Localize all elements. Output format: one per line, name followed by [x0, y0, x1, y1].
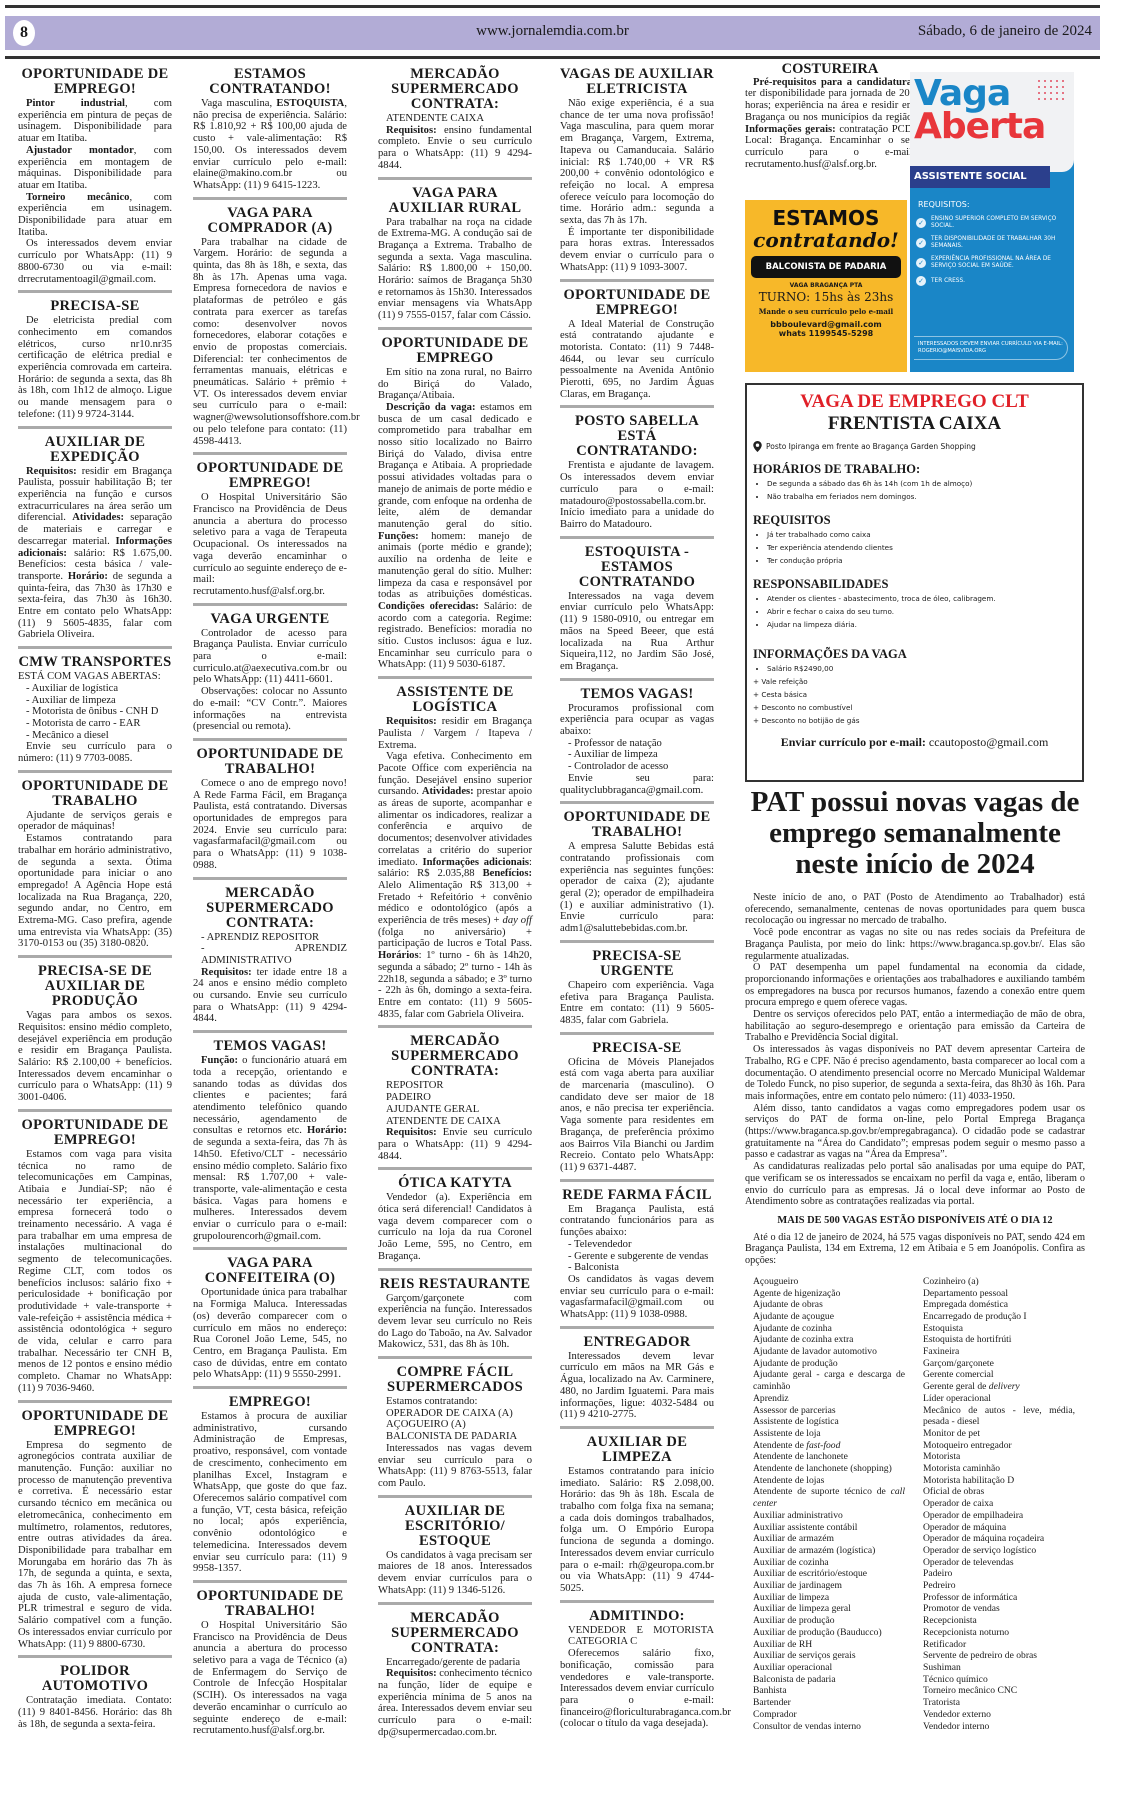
job-item: Operador de empilhadeira: [915, 1510, 1085, 1522]
job-openings-list: AçougueiroAgente de higenizaçãoAjudante …: [745, 1276, 1085, 1732]
assistente-social-ad: Vaga Aberta ASSISTENTE SOCIAL REQUISITOS…: [910, 72, 1074, 372]
ad-title: OPORTUNIDADE DE EMPREGO!: [18, 1409, 172, 1439]
ad-paragraph: Em sítio na zona rural, no Bairro do Bir…: [378, 367, 532, 402]
job-item: Motorista caminhão: [915, 1463, 1085, 1475]
job-item: Assessor de parcerias: [745, 1405, 915, 1417]
padaria-ad: ESTAMOS contratando! BALCONISTA DE PADAR…: [745, 200, 907, 372]
ad-paragraph: Torneiro mecânico, com experiência em us…: [18, 192, 172, 239]
classified-ad: VAGA URGENTEControlador de acesso para B…: [193, 612, 347, 741]
ad-title: VAGA URGENTE: [193, 612, 347, 627]
job-item: Motorista: [915, 1451, 1085, 1463]
ad-list-item: - Televendedor: [568, 1239, 714, 1251]
ad-title: VAGA DE EMPREGO CLT: [753, 391, 1076, 413]
ad-title: COMPRE FÁCIL SUPERMERCADOS: [378, 1365, 532, 1395]
job-item: Mecânico de autos - leve, média, pesada …: [915, 1405, 1085, 1428]
requirements-title: REQUISITOS:: [918, 200, 970, 209]
classified-ad: AUXILIAR DE EXPEDIÇÃORequisitos: residir…: [18, 435, 172, 650]
job-item: Vendedor interno: [915, 1721, 1085, 1733]
salary-line: Salário R$2490,00: [753, 662, 1076, 675]
list-item: Já ter trabalhado como caixa: [767, 528, 1076, 541]
job-item: Aprendiz: [745, 1393, 915, 1405]
ad-title: OPORTUNIDADE DE EMPREGO!: [18, 1118, 172, 1148]
classified-ad: OPORTUNIDADE DE EMPREGOEm sítio na zona …: [378, 336, 532, 679]
job-item: Padeiro: [915, 1568, 1085, 1580]
ad-title-aberta: Aberta: [914, 110, 1045, 144]
ad-title: ESTAMOS CONTRATANDO!: [193, 67, 347, 97]
classified-ad: COMPRE FÁCIL SUPERMERCADOSEstamos contra…: [378, 1365, 532, 1498]
job-item: Auxiliar administrativo: [745, 1510, 915, 1522]
ad-role-badge: BALCONISTA DE PADARIA: [751, 256, 901, 278]
job-item: Líder operacional: [915, 1393, 1085, 1405]
ad-paragraph: Vendedor (a). Experiência em ótica será …: [378, 1192, 532, 1262]
ad-title: ESTOQUISTA - ESTAMOS CONTRATANDO: [560, 545, 714, 590]
ad-title: AUXILIAR DE EXPEDIÇÃO: [18, 435, 172, 465]
job-item: Sushiman: [915, 1662, 1085, 1674]
ad-list-item: ATENDENTE CAIXA: [386, 113, 532, 125]
classified-ad: MERCADÃO SUPERMERCADO CONTRATA:ATENDENTE…: [378, 67, 532, 180]
classified-ad: AUXILIAR DE LIMPEZAEstamos contratando p…: [560, 1435, 714, 1603]
job-item: Estoquista de hortifrúti: [915, 1334, 1085, 1346]
top-rule: [5, 5, 1100, 8]
ad-subtitle: ESTÁ COM VAGAS ABERTAS:: [18, 671, 172, 683]
requirement-item: ✓TER DISPONIBILIDADE DE TRABALHAR 30H SE…: [916, 236, 1066, 250]
job-item: Operador de televendas: [915, 1557, 1085, 1569]
ad-title: OPORTUNIDADE DE EMPREGO!: [193, 461, 347, 491]
ad-title: VAGA PARA CONFEITEIRA (O): [193, 1256, 347, 1286]
ad-list-item: ATENDENTE DE CAIXA: [386, 1116, 532, 1128]
ad-paragraph: Em Bragança Paulista, está contratando f…: [560, 1204, 714, 1239]
ad-list-item: - Motorista de carro - EAR: [26, 718, 172, 730]
list-item: Atender os clientes - abastecimento, tro…: [767, 592, 1076, 605]
list-item: Desconto no combustível: [753, 701, 1076, 714]
ad-list-item: - Controlador de acesso: [568, 761, 714, 773]
ad-paragraph: Ajustador montador, com experiência em m…: [18, 145, 172, 192]
ad-paragraph: Estamos à procura de auxiliar administra…: [193, 1411, 347, 1575]
ad-title: REIS RESTAURANTE: [378, 1277, 532, 1292]
ad-list: REPOSITORPADEIROAJUDANTE GERALATENDENTE …: [378, 1080, 532, 1127]
job-item: Recepcionista: [915, 1615, 1085, 1627]
ad-title: VAGA PARA COMPRADOR (A): [193, 206, 347, 236]
classified-ad: REIS RESTAURANTEGarçom/garçonete com exp…: [378, 1277, 532, 1360]
job-item: Professor de informática: [915, 1592, 1085, 1604]
ad-list: - Auxiliar de logística- Auxiliar de lim…: [18, 683, 172, 742]
job-item: Servente de pedreiro de obras: [915, 1650, 1085, 1662]
ad-paragraph: Os candidatos à vaga precisam ser maiore…: [378, 1550, 532, 1597]
classified-ad: PRECISA-SEOficina de Móveis Planejados e…: [560, 1041, 714, 1182]
check-icon: ✓: [916, 276, 926, 286]
ad-paragraph: Para trabalhar na cidade de Vargem. Horá…: [193, 237, 347, 448]
list-item: Cesta básica: [753, 688, 1076, 701]
classified-ad: MERCADÃO SUPERMERCADO CONTRATA:REPOSITOR…: [378, 1034, 532, 1170]
ad-paragraph: Estamos contratando para trabalhar em ho…: [18, 833, 172, 950]
ad-list: - Professor de natação- Auxiliar de limp…: [560, 738, 714, 773]
ad-paragraph: Função: o funcionário atuará em toda a r…: [193, 1055, 347, 1242]
job-item: Técnico químico: [915, 1674, 1085, 1686]
job-item: Monitor de pet: [915, 1428, 1085, 1440]
ad-paragraph: Estamos com vaga para visita técnica no …: [18, 1149, 172, 1395]
ad-title: TEMOS VAGAS!: [560, 687, 714, 702]
job-item: Operador de serviço logístico: [915, 1545, 1085, 1557]
job-item: Agente de higenização: [745, 1288, 915, 1300]
requirements-list: ✓ENSINO SUPERIOR COMPLETO EM SERVIÇO SOC…: [916, 216, 1066, 292]
section-heading: REQUISITOS: [753, 513, 1076, 528]
classified-ad: EMPREGO!Estamos à procura de auxiliar ad…: [193, 1395, 347, 1583]
ad-title: MERCADÃO SUPERMERCADO CONTRATA:: [193, 886, 347, 931]
ad-paragraph: Empresa do segmento de agronegócios cont…: [18, 1440, 172, 1651]
ad-list-item: - Professor de natação: [568, 738, 714, 750]
article-paragraph: Você pode encontrar as vagas no site ou …: [745, 927, 1085, 962]
job-item: Pedreiro: [915, 1580, 1085, 1592]
ad-title: PRECISA-SE: [18, 299, 172, 314]
ad-role: FRENTISTA CAIXA: [753, 413, 1076, 435]
requirement-item: ✓TER CRESS.: [916, 276, 1066, 286]
ad-paragraph: Oferecemos salário fixo, bonificação, co…: [560, 1648, 714, 1730]
horarios-list: De segunda a sábado das 6h às 14h (com 1…: [753, 477, 1076, 503]
classified-ad: TEMOS VAGAS!Função: o funcionário atuará…: [193, 1039, 347, 1250]
column-2: ESTAMOS CONTRATANDO!Vaga masculina, ESTO…: [193, 64, 347, 1748]
ad-list: VENDEDOR E MOTORISTA CATEGORIA C: [560, 1625, 714, 1648]
ad-paragraph: Vaga masculina, ESTOQUISTA, não precisa …: [193, 98, 347, 192]
ad-list-item: REPOSITOR: [386, 1080, 532, 1092]
ad-paragraph: Requisitos: ensino fundamental completo.…: [378, 125, 532, 172]
ad-list-item: - Auxiliar de logística: [26, 683, 172, 695]
ad-paragraph: Interessados na vaga devem enviar curríc…: [560, 591, 714, 673]
ad-title: PRECISA-SE URGENTE: [560, 949, 714, 979]
job-item: Atendente de lojas: [745, 1475, 915, 1487]
job-item: Auxiliar de produção (Bauducco): [745, 1627, 915, 1639]
classified-ad: MERCADÃO SUPERMERCADO CONTRATA:- APRENDI…: [193, 886, 347, 1034]
classified-ad: PRECISA-SE URGENTEChapeiro com experiênc…: [560, 949, 714, 1035]
job-item: Banhista: [745, 1685, 915, 1697]
job-item: Assistente de loja: [745, 1428, 915, 1440]
job-item: Auxiliar de limpeza geral: [745, 1603, 915, 1615]
job-item: Faxineira: [915, 1346, 1085, 1358]
ad-title: TEMOS VAGAS!: [193, 1039, 347, 1054]
ad-title: POLIDOR AUTOMOTIVO: [18, 1664, 172, 1694]
job-item: Auxiliar de limpeza: [745, 1592, 915, 1604]
section-heading: HORÁRIOS DE TRABALHO:: [753, 462, 1076, 477]
section-heading: RESPONSABILIDADES: [753, 577, 1076, 592]
frentista-ad: VAGA DE EMPREGO CLT FRENTISTA CAIXA Post…: [745, 383, 1084, 782]
ad-title: EMPREGO!: [193, 1395, 347, 1410]
ad-list-item: VENDEDOR E MOTORISTA CATEGORIA C: [568, 1625, 714, 1648]
list-item: Ter condução própria: [767, 554, 1076, 567]
list-item: Não trabalha em feriados nem domingos.: [767, 490, 1076, 503]
ad-list-item: OPERADOR DE CAIXA (A): [386, 1408, 532, 1420]
classified-ad: AUXILIAR DE ESCRITÓRIO/ ESTOQUEOs candid…: [378, 1504, 532, 1605]
column-1: OPORTUNIDADE DE EMPREGO!Pintor industria…: [18, 64, 172, 1741]
section-heading: INFORMAÇÕES DA VAGA: [753, 647, 1076, 662]
list-item: Ter experiência atendendo clientes: [767, 541, 1076, 554]
classified-ad: PRECISA-SEDe eletricista predial com con…: [18, 299, 172, 428]
job-item: Ajudante de obras: [745, 1299, 915, 1311]
ad-paragraph: Envie seu currículo para o número: (11) …: [18, 741, 172, 764]
issue-date: Sábado, 6 de janeiro de 2024: [918, 23, 1092, 40]
job-item: Garçom/garçonete: [915, 1358, 1085, 1370]
ad-list-item: - APRENDIZ REPOSITOR: [201, 932, 347, 944]
classified-ad: ADMITINDO:VENDEDOR E MOTORISTA CATEGORIA…: [560, 1609, 714, 1735]
ad-headline: ESTAMOS: [745, 206, 907, 230]
check-icon: ✓: [916, 238, 926, 248]
ad-title: OPORTUNIDADE DE TRABALHO: [18, 779, 172, 809]
ad-title: ENTREGADOR: [560, 1335, 714, 1350]
ad-list-item: - Balconista: [568, 1262, 714, 1274]
ad-list-item: - Gerente e subgerente de vendas: [568, 1251, 714, 1263]
ad-paragraph: Contratação imediata. Contato: (11) 9 84…: [18, 1695, 172, 1730]
classified-ad: OPORTUNIDADE DE EMPREGO!O Hospital Unive…: [193, 461, 347, 605]
benefits-list: Vale refeiçãoCesta básicaDesconto no com…: [753, 675, 1076, 727]
ad-paragraph: Os interessados devem enviar currículo p…: [18, 238, 172, 285]
article-paragraph: Neste início de ano, o PAT (Posto de Ate…: [745, 892, 1085, 927]
column-3: MERCADÃO SUPERMERCADO CONTRATA:ATENDENTE…: [378, 64, 532, 1749]
ad-title: OPORTUNIDADE DE TRABALHO!: [193, 747, 347, 777]
job-item: Cozinheiro (a): [915, 1276, 1085, 1288]
ad-title: ADMITINDO:: [560, 1609, 714, 1624]
job-item: Ajudante de lavador automotivo: [745, 1346, 915, 1358]
article-paragraph: Dentre os serviços oferecidos pelo PAT, …: [745, 1009, 1085, 1044]
check-icon: ✓: [916, 218, 926, 228]
classified-ad: VAGA PARA CONFEITEIRA (O)Oportunidade ún…: [193, 1256, 347, 1389]
classified-ad: ESTAMOS CONTRATANDO!Vaga masculina, ESTO…: [193, 67, 347, 200]
job-item: Ajudante de cozinha: [745, 1323, 915, 1335]
job-item: Gerente comercial: [915, 1369, 1085, 1381]
ad-paragraph: É importante ter disponibilidade para ho…: [560, 227, 714, 274]
list-item: Desconto no botijão de gás: [753, 714, 1076, 727]
ad-list: ATENDENTE CAIXA: [378, 113, 532, 125]
ad-list: Encarregado/gerente de padaria: [378, 1657, 532, 1669]
job-item: Auxiliar de RH: [745, 1639, 915, 1651]
classified-ad: ÓTICA KATYTAVendedor (a). Experiência em…: [378, 1176, 532, 1270]
ad-paragraph: Comece o ano de emprego novo! A Rede Far…: [193, 778, 347, 872]
check-icon: ✓: [916, 258, 926, 268]
classified-ad: OPORTUNIDADE DE EMPREGO!Pintor industria…: [18, 67, 172, 293]
job-item: Ajudante de produção: [745, 1358, 915, 1370]
ad-paragraph: Requisitos: residir em Bragança Paulista…: [378, 716, 532, 751]
ad-title: MERCADÃO SUPERMERCADO CONTRATA:: [378, 1034, 532, 1079]
map-pin-icon: [753, 441, 762, 452]
job-list-right: Cozinheiro (a)Departamento pessoalEmpreg…: [915, 1276, 1085, 1732]
ad-email[interactable]: bbboulevard@gmail.com: [745, 320, 907, 329]
ad-subheadline: contratando!: [745, 228, 907, 252]
ad-paragraph: Interessados nas vagas devem enviar seu …: [378, 1443, 532, 1490]
ad-paragraph: Frentista e ajudante de lavagem. Os inte…: [560, 460, 714, 530]
ad-list-item: - Motorista de ônibus - CNH D: [26, 706, 172, 718]
ad-title: ASSISTENTE DE LOGÍSTICA: [378, 685, 532, 715]
ad-title: MERCADÃO SUPERMERCADO CONTRATA:: [378, 67, 532, 112]
contact-email[interactable]: ccautoposto@gmail.com: [929, 735, 1048, 749]
ad-paragraph: Os candidatos às vagas devem enviar seu …: [560, 1274, 714, 1321]
job-item: Auxiliar de armazém: [745, 1533, 915, 1545]
ad-list-item: AJUDANTE GERAL: [386, 1104, 532, 1116]
job-item: Atendente de lanchonete: [745, 1451, 915, 1463]
job-item: Consultor de vendas interno: [745, 1721, 915, 1733]
ad-title: PRECISA-SE: [560, 1041, 714, 1056]
ad-title: OPORTUNIDADE DE TRABALHO!: [193, 1589, 347, 1619]
job-item: Retificador: [915, 1639, 1085, 1651]
job-item: Auxiliar de produção: [745, 1615, 915, 1627]
job-item: Auxiliar de jardinagem: [745, 1580, 915, 1592]
ad-title: REDE FARMA FÁCIL: [560, 1188, 714, 1203]
ad-list-item: PADEIRO: [386, 1092, 532, 1104]
ad-paragraph: Pintor industrial, com experiência em pi…: [18, 98, 172, 145]
ad-paragraph: Requisitos: Envie seu currículo para o W…: [378, 1127, 532, 1162]
job-item: Ajudante de açougue: [745, 1311, 915, 1323]
ad-title: VAGAS DE AUXILIAR ELETRICISTA: [560, 67, 714, 97]
ad-footer: INTERESSADOS DEVEM ENVIAR CURRÍCULO VIA …: [914, 336, 1068, 360]
article-paragraph: As candidaturas realizadas pelo portal s…: [745, 1161, 1085, 1208]
job-item: Gerente geral de delivery: [915, 1381, 1085, 1393]
ad-title: PRECISA-SE DE AUXILIAR DE PRODUÇÃO: [18, 964, 172, 1009]
ad-paragraph: Garçom/garçonete com experiência na funç…: [378, 1293, 532, 1352]
ad-paragraph: Estamos contratando para início imediato…: [560, 1466, 714, 1595]
ad-paragraph: Controlador de acesso para Bragança Paul…: [193, 628, 347, 687]
dot-pattern-icon: [1036, 78, 1066, 104]
article-paragraph: Até o dia 12 de janeiro de 2024, há 575 …: [745, 1232, 1085, 1267]
classified-ad: CMW TRANSPORTESESTÁ COM VAGAS ABERTAS:- …: [18, 655, 172, 773]
classified-ad: PRECISA-SE DE AUXILIAR DE PRODUÇÃOVagas …: [18, 964, 172, 1112]
ad-send-label: Mande o seu currículo pelo e-mail: [745, 308, 907, 316]
ad-paragraph: Observações: colocar no Assunto do e-mai…: [193, 686, 347, 733]
ad-paragraph: Requisitos: ter idade entre 18 a 24 anos…: [193, 967, 347, 1026]
ad-header-panel: Vaga Aberta: [910, 72, 1074, 172]
ad-title: OPORTUNIDADE DE EMPREGO: [378, 336, 532, 366]
ad-list: - Televendedor- Gerente e subgerente de …: [560, 1239, 714, 1274]
classified-ad: OPORTUNIDADE DE EMPREGO!Estamos com vaga…: [18, 1118, 172, 1403]
classified-ad: ASSISTENTE DE LOGÍSTICARequisitos: resid…: [378, 685, 532, 1028]
job-item: Balconista de padaria: [745, 1674, 915, 1686]
classified-ad: TEMOS VAGAS!Procuramos profissional com …: [560, 687, 714, 805]
job-item: Departamento pessoal: [915, 1288, 1085, 1300]
ad-title: OPORTUNIDADE DE EMPREGO!: [560, 288, 714, 318]
requirement-item: ✓ENSINO SUPERIOR COMPLETO EM SERVIÇO SOC…: [916, 216, 1066, 230]
ad-paragraph: Envie seu para: qualityclubbraganca@gmai…: [560, 773, 714, 796]
classified-ad: OPORTUNIDADE DE EMPREGO!A Ideal Material…: [560, 288, 714, 409]
article-paragraph: Além disso, tanto candidatos a vagas com…: [745, 1103, 1085, 1162]
job-item: Ajudante geral - carga e descarga de cam…: [745, 1369, 915, 1392]
pat-article: PAT possui novas vagas de emprego semana…: [745, 787, 1085, 1732]
ad-paragraph: Requisitos: conhecimento técnico na funç…: [378, 1668, 532, 1738]
job-item: Bartender: [745, 1697, 915, 1709]
ad-paragraph: Vagas para ambos os sexos. Requisitos: e…: [18, 1010, 172, 1104]
job-item: Operador de caixa: [915, 1498, 1085, 1510]
ad-whatsapp: whats 1199545-5298: [745, 329, 907, 338]
classified-ad: REDE FARMA FÁCILEm Bragança Paulista, es…: [560, 1188, 714, 1329]
job-item: Ajudante de cozinha extra: [745, 1334, 915, 1346]
ad-list: Estamos contratando:OPERADOR DE CAIXA (A…: [378, 1396, 532, 1443]
ad-body: Pré-requisitos para a candidatura: ter d…: [745, 77, 915, 171]
article-headline: PAT possui novas vagas de emprego semana…: [745, 787, 1085, 880]
ad-title: OPORTUNIDADE DE TRABALHO!: [560, 810, 714, 840]
job-item: Auxiliar assistente contábil: [745, 1522, 915, 1534]
job-item: Auxiliar de serviços gerais: [745, 1650, 915, 1662]
list-item: De segunda a sábado das 6h às 14h (com 1…: [767, 477, 1076, 490]
job-item: Comprador: [745, 1709, 915, 1721]
ad-paragraph: A empresa Salutte Bebidas está contratan…: [560, 841, 714, 935]
article-paragraphs: Neste início de ano, o PAT (Posto de Ate…: [745, 892, 1085, 1208]
ad-list-item: - Auxiliar de limpeza: [26, 695, 172, 707]
ad-list-item: AÇOGUEIRO (A): [386, 1419, 532, 1431]
job-list-left: AçougueiroAgente de higenizaçãoAjudante …: [745, 1276, 915, 1732]
ad-shift: TURNO: 15hs às 23hs: [745, 290, 907, 304]
ad-paragraph: O Hospital Universitário São Francisco n…: [193, 1620, 347, 1737]
ad-title: ÓTICA KATYTA: [378, 1176, 532, 1191]
list-item: Abrir e fechar o caixa do seu turno.: [767, 605, 1076, 618]
ad-paragraph: Oficina de Móveis Planejados está com va…: [560, 1057, 714, 1174]
job-item: Recepcionista noturno: [915, 1627, 1085, 1639]
ad-paragraph: Descrição da vaga: estamos em busca de u…: [378, 402, 532, 671]
job-item: Atendente de fast-food: [745, 1440, 915, 1452]
classified-ad: OPORTUNIDADE DE EMPREGO!Empresa do segme…: [18, 1409, 172, 1659]
ad-list-item: - Mecânico a diesel: [26, 730, 172, 742]
ad-paragraph: De eletricista predial com conhecimento …: [18, 315, 172, 420]
classified-ad: POLIDOR AUTOMOTIVOContratação imediata. …: [18, 1664, 172, 1735]
ad-title: VAGA PARA AUXILIAR RURAL: [378, 186, 532, 216]
list-item: Vale refeição: [753, 675, 1076, 688]
classified-ad: OPORTUNIDADE DE TRABALHO!Comece o ano de…: [193, 747, 347, 880]
ad-paragraph: Oportunidade única para trabalhar na For…: [193, 1287, 347, 1381]
ad-paragraph: Requisitos: residir em Bragança Paulista…: [18, 466, 172, 642]
job-item: Operador de máquina roçadeira: [915, 1533, 1085, 1545]
ad-title: MERCADÃO SUPERMERCADO CONTRATA:: [378, 1611, 532, 1656]
ad-location: Posto Ipiranga em frente ao Bragança Gar…: [753, 441, 1076, 452]
costureira-ad: COSTUREIRA Pré-requisitos para a candida…: [745, 64, 915, 170]
bottom-rule: [5, 56, 1100, 59]
classified-ad: ESTOQUISTA - ESTAMOS CONTRATANDOInteress…: [560, 545, 714, 681]
ad-title: AUXILIAR DE ESCRITÓRIO/ ESTOQUE: [378, 1504, 532, 1549]
job-item: Assistente de logística: [745, 1416, 915, 1428]
job-item: Atendente de suporte técnico de call cen…: [745, 1486, 915, 1509]
ad-paragraph: Procuramos profissional com experiência …: [560, 703, 714, 738]
job-item: Encarregado de produção I: [915, 1311, 1085, 1323]
job-item: Atendente de lanchonete (shopping): [745, 1463, 915, 1475]
job-item: Açougueiro: [745, 1276, 915, 1288]
job-item: Estoquista: [915, 1323, 1085, 1335]
job-item: Motorista habilitação D: [915, 1475, 1085, 1487]
ad-list: - APRENDIZ REPOSITOR- APRENDIZ ADMINISTR…: [193, 932, 347, 967]
ad-title: AUXILIAR DE LIMPEZA: [560, 1435, 714, 1465]
requirement-item: ✓EXPERIÊNCIA PROFISSIONAL NA ÁREA DE SER…: [916, 256, 1066, 270]
classified-ad: POSTO SABELLA ESTÁ CONTRATANDO:Frentista…: [560, 414, 714, 538]
job-item: Vendedor externo: [915, 1709, 1085, 1721]
classified-ad: OPORTUNIDADE DE TRABALHOAjudante de serv…: [18, 779, 172, 958]
ad-paragraph: O Hospital Universitário São Francisco n…: [193, 492, 347, 597]
classified-ad: VAGAS DE AUXILIAR ELETRICISTANão exige e…: [560, 67, 714, 282]
job-item: Tratorista: [915, 1697, 1085, 1709]
requisitos-list: Já ter trabalhado como caixaTer experiên…: [753, 528, 1076, 567]
list-item: Ajudar na limpeza diária.: [767, 618, 1076, 631]
ad-title: CMW TRANSPORTES: [18, 655, 172, 670]
ad-paragraph: Vaga efetiva. Conhecimento em Pacote Off…: [378, 751, 532, 1020]
job-item: Empregada doméstica: [915, 1299, 1085, 1311]
classified-ad: OPORTUNIDADE DE TRABALHO!A empresa Salut…: [560, 810, 714, 943]
job-item: Oficial de obras: [915, 1486, 1085, 1498]
ad-paragraph: Chapeiro com experiência. Vaga efetiva p…: [560, 980, 714, 1027]
job-item: Promotor de vendas: [915, 1603, 1085, 1615]
ad-list-item: Estamos contratando:: [386, 1396, 532, 1408]
ad-paragraph: Ajudante de serviços gerais e operador d…: [18, 810, 172, 833]
ad-title: POSTO SABELLA ESTÁ CONTRATANDO:: [560, 414, 714, 459]
ad-list-item: - APRENDIZ ADMINISTRATIVO: [201, 943, 347, 966]
classified-ad: OPORTUNIDADE DE TRABALHO!O Hospital Univ…: [193, 1589, 347, 1742]
article-body: Neste início de ano, o PAT (Posto de Ate…: [745, 892, 1085, 1732]
ad-paragraph: Para trabalhar na roça na cidade de Extr…: [378, 217, 532, 322]
ad-paragraph: Interessados devem levar currículo em mã…: [560, 1351, 714, 1421]
responsabilidades-list: Atender os clientes - abastecimento, tro…: [753, 592, 1076, 631]
ad-list-item: - Auxiliar de limpeza: [568, 749, 714, 761]
classified-ad: ENTREGADORInteressados devem levar currí…: [560, 1335, 714, 1429]
column-4: VAGAS DE AUXILIAR ELETRICISTANão exige e…: [560, 64, 714, 1741]
classified-ad: VAGA PARA AUXILIAR RURALPara trabalhar n…: [378, 186, 532, 330]
